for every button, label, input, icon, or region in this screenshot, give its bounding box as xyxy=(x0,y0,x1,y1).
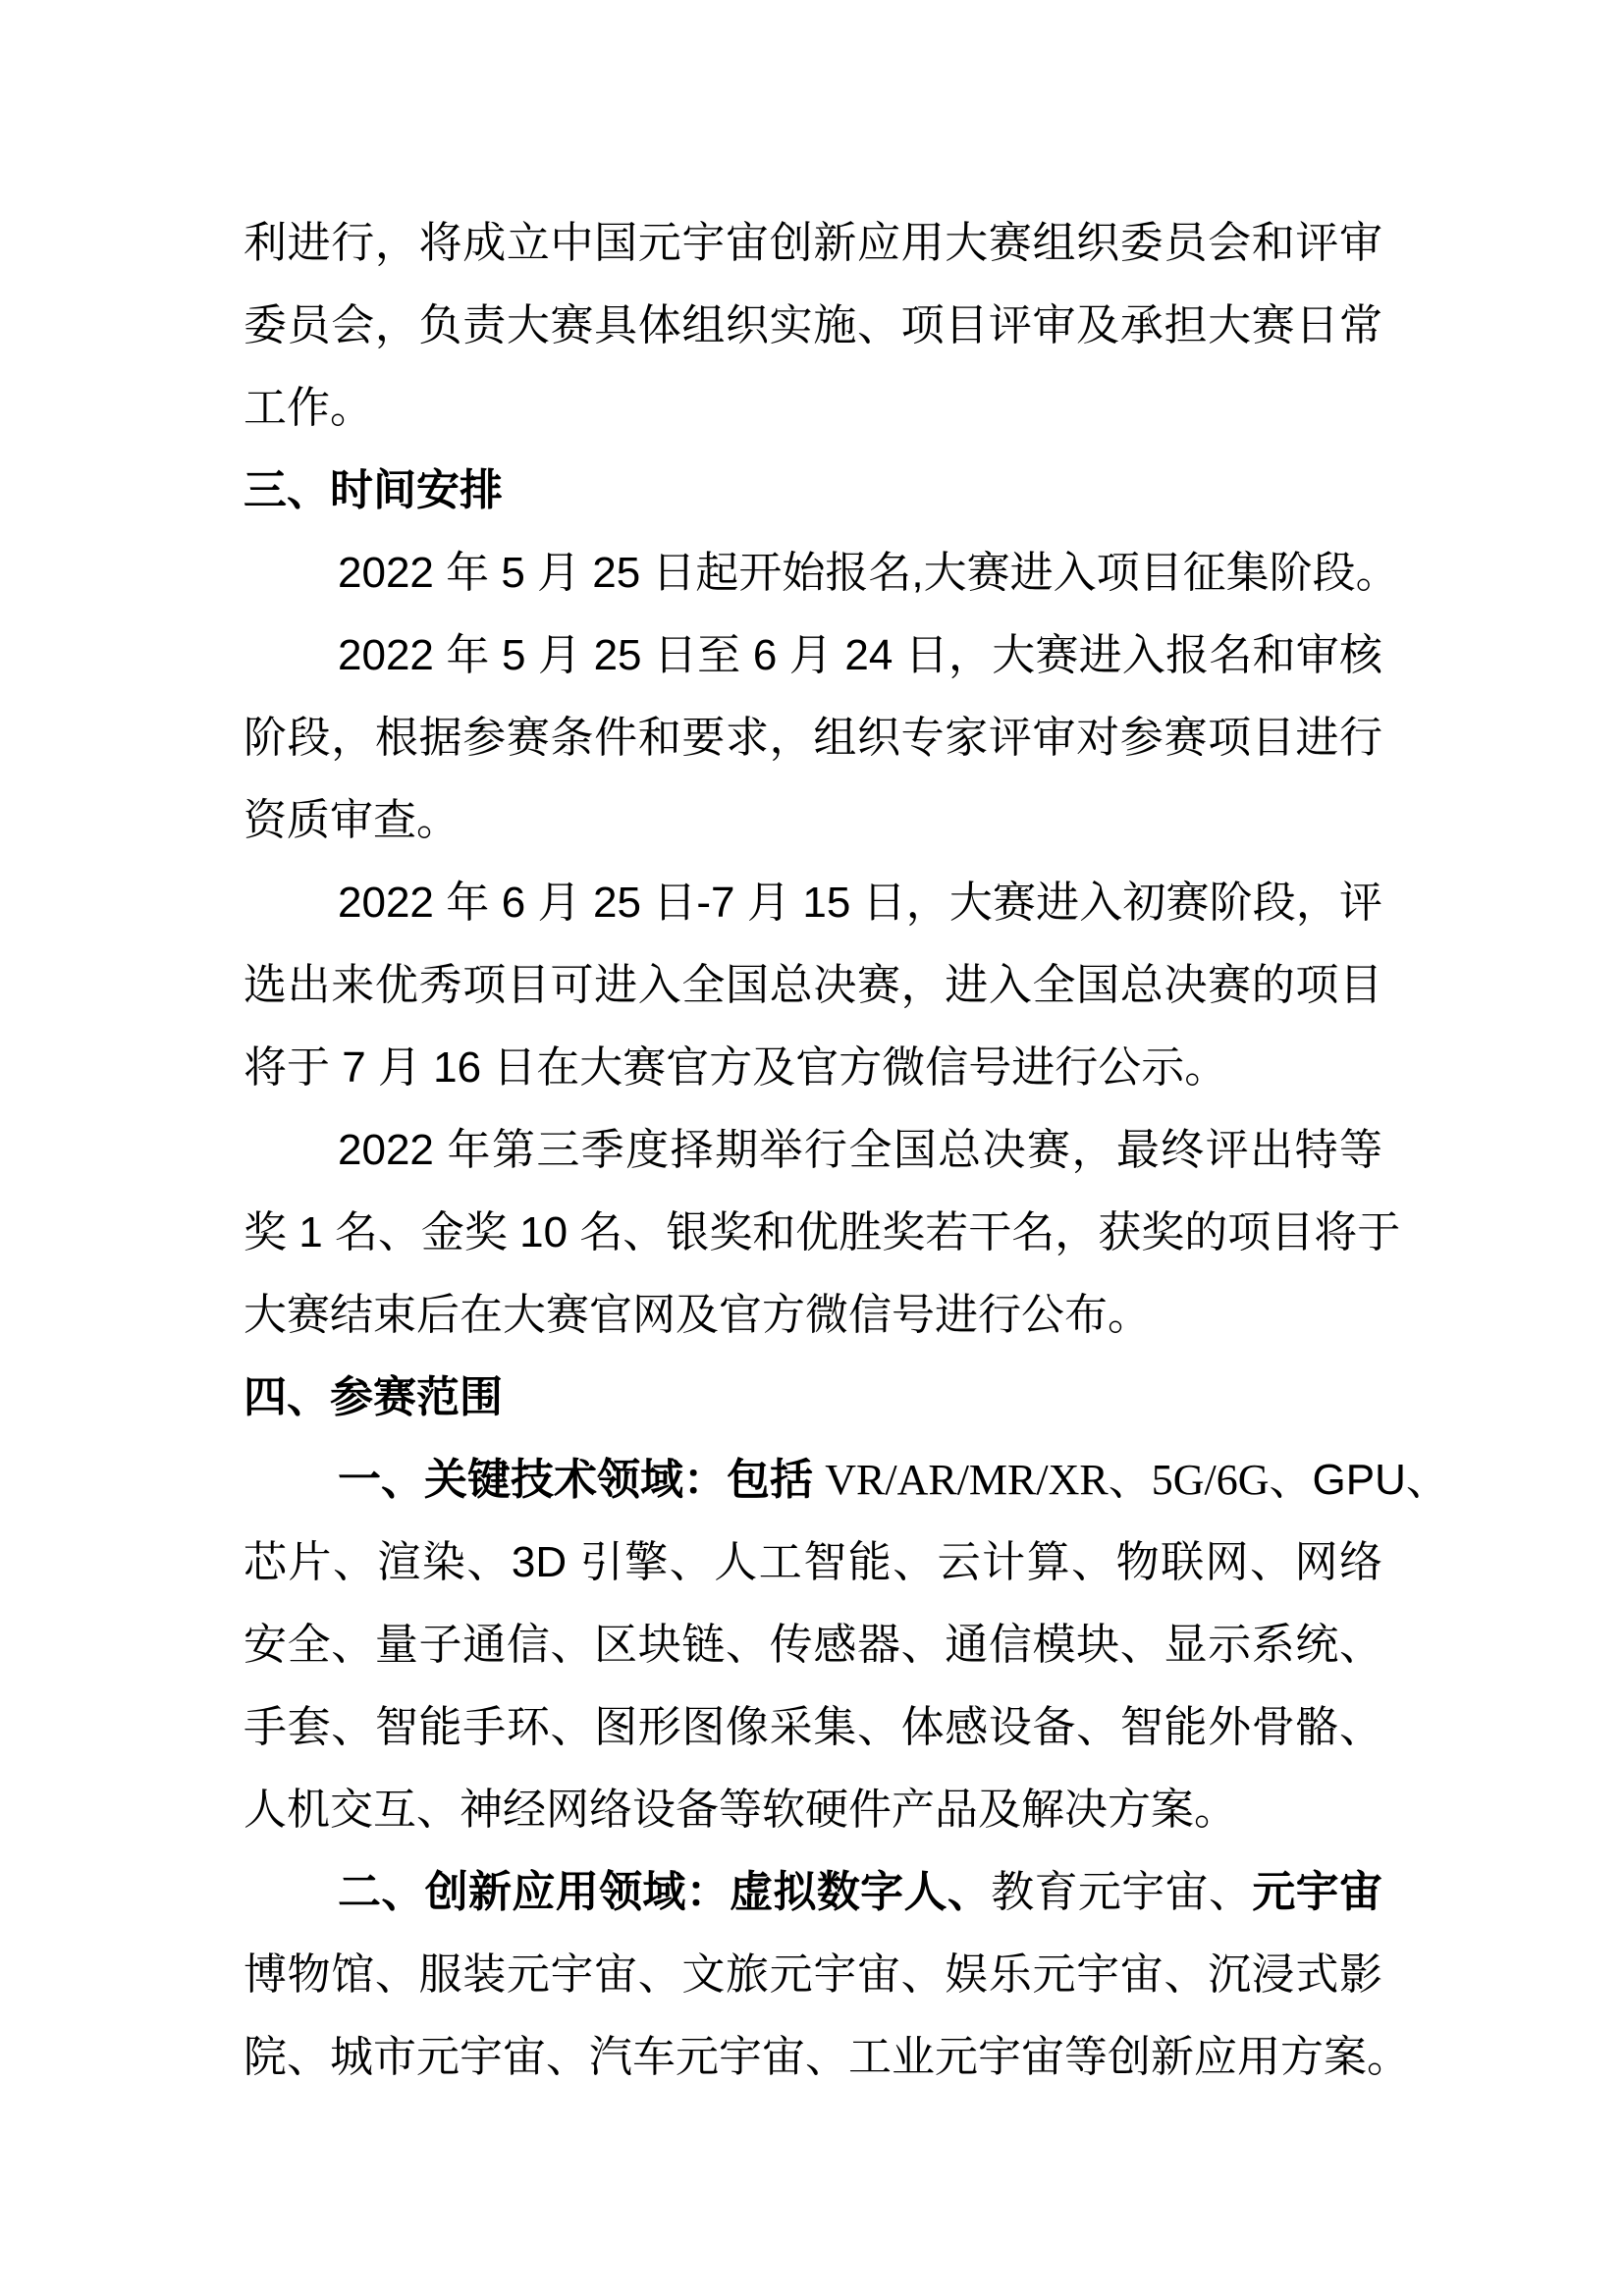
text-run: 大赛结束后在大赛官网及官方微信号进行公布。 xyxy=(244,1291,1151,1339)
text-line: 委员会，负责大赛具体组织实施、项目评审及承担大赛日常 xyxy=(244,285,1382,367)
text-run: 人机交互、神经网络设备等 xyxy=(244,1786,762,1834)
text-run: 沉浸式影 xyxy=(1208,1949,1382,2000)
text-run: 二、创新应用领域：虚拟数字人、 xyxy=(338,1868,991,1916)
heading-text-run: 三、时间安排 xyxy=(244,466,503,514)
text-run: 利进行，将成立中国元宇宙创新应用大赛组织委员会和评审 xyxy=(244,219,1382,267)
text-line: 二、创新应用领域：虚拟数字人、教育元宇宙、元宇宙 xyxy=(244,1851,1382,1934)
text-line: 大赛结束后在大赛官网及官方微信号进行公布。 xyxy=(244,1274,1382,1357)
text-run: 院、城市元宇宙、汽车元宇宙、工业元宇宙等创新应用方案。 xyxy=(244,2032,1410,2082)
text-run: VR/AR/MR/XR、5G/6G、 xyxy=(825,1456,1312,1504)
text-run: 传感器、通信模块、显示系统、 xyxy=(770,1621,1382,1669)
text-run: 选出来优秀项目可进入全国总决赛，进入全国总决赛的项目 xyxy=(244,961,1382,1009)
text-run: 奖 1 名、金奖 10 名、银奖和优胜奖若干名，获奖的项目将于 xyxy=(244,1208,1400,1256)
document-page: 利进行，将成立中国元宇宙创新应用大赛组织委员会和评审委员会，负责大赛具体组织实施… xyxy=(0,0,1624,2296)
section-heading: 三、时间安排 xyxy=(244,450,1382,532)
text-line: 2022 年 6 月 25 日-7 月 15 日，大赛进入初赛阶段，评 xyxy=(244,862,1382,944)
text-run: 将于 7 月 16 日在大赛官方及官方微信号进行公示。 xyxy=(244,1043,1227,1092)
text-run: 软硬件产品及解决方案。 xyxy=(762,1785,1237,1835)
text-line: 资质审查。 xyxy=(244,779,1382,862)
text-line: 人机交互、神经网络设备等软硬件产品及解决方案。 xyxy=(244,1769,1382,1851)
text-line: 2022 年 5 月 25 日起开始报名,大赛进入项目征集阶段。 xyxy=(244,532,1382,614)
text-line: 安全、量子通信、区块链、传感器、通信模块、显示系统、 xyxy=(244,1604,1382,1686)
text-line: 选出来优秀项目可进入全国总决赛，进入全国总决赛的项目 xyxy=(244,944,1382,1027)
text-run: 人工智能、云计算、物联网、网络 xyxy=(714,1537,1382,1587)
text-run: 手套、智能手环、图形图像采集、体感设备、智能外骨骼、 xyxy=(244,1703,1382,1751)
heading-text-run: 四、参赛范围 xyxy=(244,1373,503,1421)
text-line: 博物馆、服装元宇宙、文旅元宇宙、娱乐元宇宙、沉浸式影 xyxy=(244,1934,1382,2016)
text-run: 2022 年 5 月 25 日起开始报名,大赛进入项目征集阶段。 xyxy=(338,549,1399,597)
text-run: 工作。 xyxy=(244,384,373,432)
section-heading: 四、参赛范围 xyxy=(244,1357,1382,1439)
text-line: 一、关键技术领域：包括 VR/AR/MR/XR、5G/6G、GPU、 xyxy=(244,1439,1382,1522)
text-run: 芯片、渲染、3D 引擎、 xyxy=(244,1538,714,1586)
text-run: 元宇宙 xyxy=(1252,1868,1382,1916)
text-line: 阶段，根据参赛条件和要求，组织专家评审对参赛项目进行 xyxy=(244,697,1382,779)
text-run: 2022 年 5 月 25 日至 6 月 24 日，大赛进入报名和审核 xyxy=(338,631,1382,679)
text-line: 院、城市元宇宙、汽车元宇宙、工业元宇宙等创新应用方案。 xyxy=(244,2016,1382,2099)
text-run: 2022 年 6 月 25 日-7 月 15 日，大赛进入初赛阶段，评 xyxy=(338,879,1382,927)
text-run: 委员会，负责大赛具体组织实施、项目评审及承担大赛日常 xyxy=(244,301,1382,349)
text-line: 将于 7 月 16 日在大赛官方及官方微信号进行公示。 xyxy=(244,1027,1382,1109)
text-run: 博物馆、服装元宇宙、文旅元宇宙、娱乐元宇宙、 xyxy=(244,1950,1208,1999)
text-run: 2022 年第三季度择期举行全国总决赛，最终评出特等 xyxy=(338,1126,1382,1174)
text-line: 2022 年第三季度择期举行全国总决赛，最终评出特等 xyxy=(244,1109,1382,1192)
text-run: 一、关键技术领域：包括 xyxy=(338,1456,825,1504)
text-run: 教育元宇宙、 xyxy=(991,1867,1252,1917)
text-run: 阶段，根据参赛条件和要求，组织专家评审对参赛项目进行 xyxy=(244,714,1382,762)
text-run: GPU、 xyxy=(1313,1456,1449,1504)
text-run: 安全、量子通信、区块链、 xyxy=(244,1620,770,1670)
text-line: 工作。 xyxy=(244,367,1382,450)
text-line: 奖 1 名、金奖 10 名、银奖和优胜奖若干名，获奖的项目将于 xyxy=(244,1192,1382,1274)
text-run: 资质审查。 xyxy=(244,796,460,844)
text-line: 2022 年 5 月 25 日至 6 月 24 日，大赛进入报名和审核 xyxy=(244,614,1382,697)
text-line: 利进行，将成立中国元宇宙创新应用大赛组织委员会和评审 xyxy=(244,202,1382,285)
text-line: 芯片、渲染、3D 引擎、人工智能、云计算、物联网、网络 xyxy=(244,1522,1382,1604)
text-line: 手套、智能手环、图形图像采集、体感设备、智能外骨骼、 xyxy=(244,1686,1382,1769)
